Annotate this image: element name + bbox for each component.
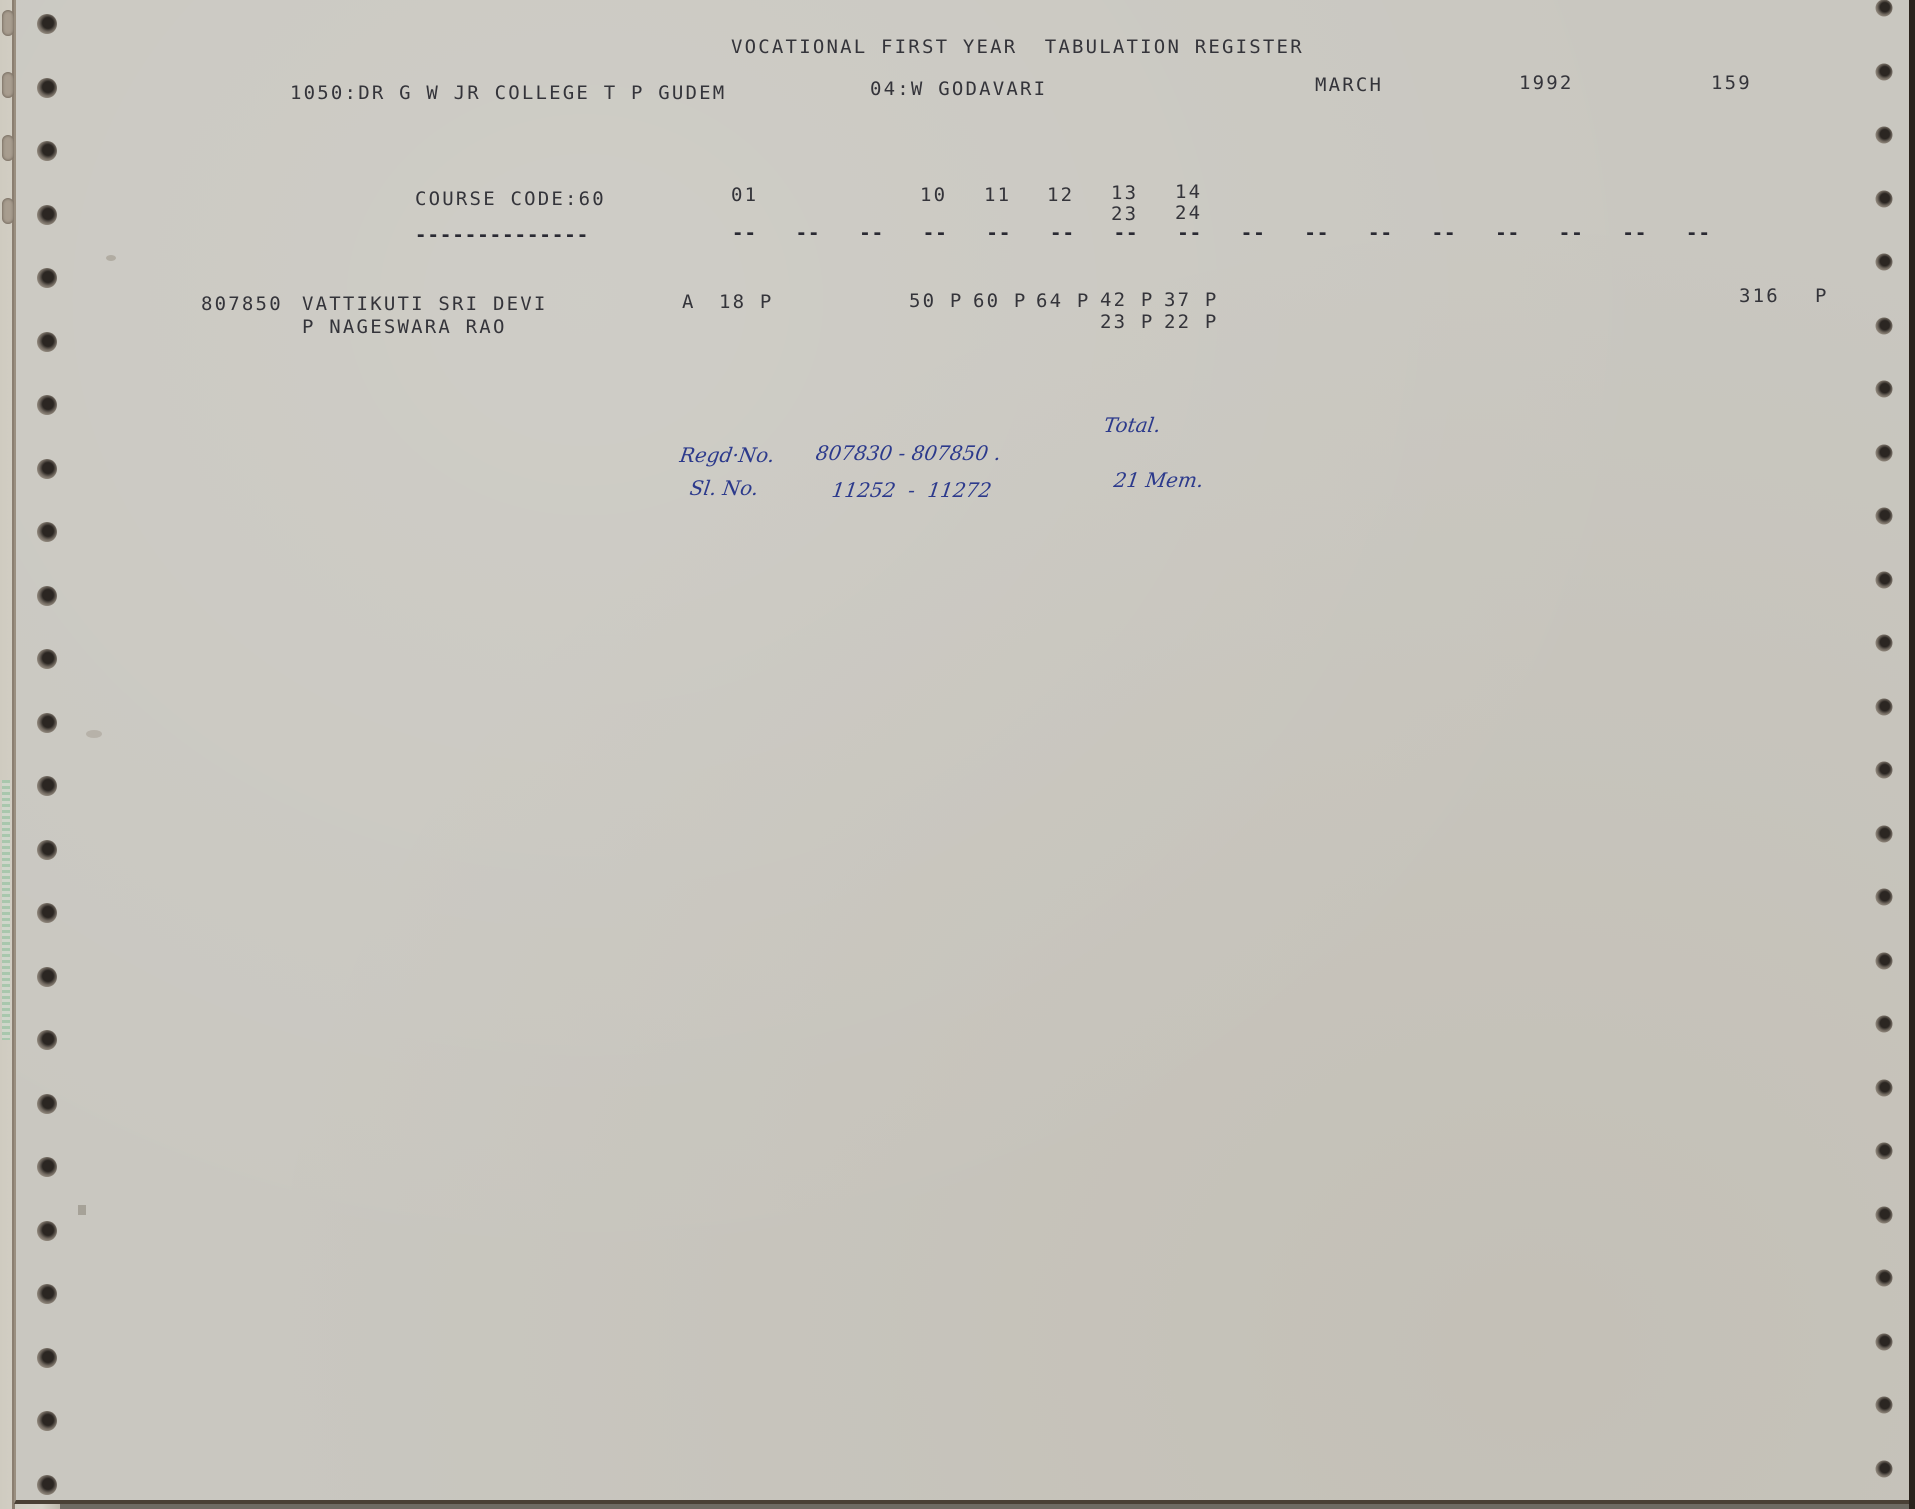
column-dash: -- <box>1686 224 1711 243</box>
column-dash: -- <box>1495 224 1520 243</box>
sprocket-hole <box>37 1411 57 1431</box>
sprocket-hole <box>1876 254 1893 271</box>
medium-code: A <box>682 293 696 312</box>
sprocket-hole <box>1876 952 1893 969</box>
column-dash: -- <box>1622 224 1647 243</box>
sprocket-hole <box>1876 1016 1893 1033</box>
sprocket-hole <box>37 522 57 542</box>
handwritten-regd-label: Regd·No. <box>679 445 776 465</box>
sprocket-hole <box>1876 698 1893 715</box>
sprocket-hole <box>1876 762 1893 779</box>
exam-year: 1992 <box>1519 74 1574 93</box>
sprocket-hole <box>37 205 57 225</box>
column-dash: -- <box>1114 224 1139 243</box>
course-code-label: COURSE CODE:60 <box>415 190 606 209</box>
handwritten-sl-range: 11252 - 11272 <box>831 480 993 500</box>
mark-24: 22 P <box>1164 313 1219 332</box>
column-dash: -- <box>1559 224 1584 243</box>
sprocket-hole <box>1876 1460 1893 1477</box>
course-code-underline: -------------- <box>415 226 589 245</box>
binder-slot <box>2 72 14 98</box>
sprocket-hole <box>37 332 57 352</box>
sprocket-hole <box>1876 1143 1893 1160</box>
sprocket-hole <box>37 268 57 288</box>
paper-speck <box>86 730 102 738</box>
column-dash: -- <box>732 224 757 243</box>
register-title: VOCATIONAL FIRST YEAR TABULATION REGISTE… <box>731 38 1304 57</box>
sprocket-hole <box>37 1475 57 1495</box>
mark-10: 50 P <box>909 292 964 311</box>
sprocket-hole <box>37 967 57 987</box>
handwritten-total-value: 21 Mem. <box>1113 470 1205 490</box>
column-header-10: 10 <box>920 186 947 205</box>
sprocket-hole <box>37 1221 57 1241</box>
column-dash: -- <box>923 224 948 243</box>
sprocket-hole <box>37 1157 57 1177</box>
mark-12: 64 P <box>1036 292 1091 311</box>
sprocket-hole <box>1876 571 1893 588</box>
sprocket-hole <box>1876 317 1893 334</box>
column-dash: -- <box>859 224 884 243</box>
sprocket-hole <box>1876 1206 1893 1223</box>
sprocket-hole <box>1876 63 1893 80</box>
sprocket-hole <box>37 1030 57 1050</box>
sprocket-hole <box>1876 825 1893 842</box>
sprocket-hole <box>1876 635 1893 652</box>
paper-speck <box>106 255 116 261</box>
sprocket-hole <box>1876 190 1893 207</box>
sprocket-hole <box>37 713 57 733</box>
sprocket-hole <box>1876 1397 1893 1414</box>
column-header-01: 01 <box>731 186 758 205</box>
column-dash: -- <box>796 224 821 243</box>
sprocket-hole <box>37 78 57 98</box>
handwritten-sl-label: Sl. No. <box>689 478 760 498</box>
college-name: 1050:DR G W JR COLLEGE T P GUDEM <box>290 84 726 103</box>
column-dash: -- <box>1241 224 1266 243</box>
final-result: P <box>1815 287 1829 306</box>
binder-slot <box>2 198 14 224</box>
regd-number: 807850 <box>201 295 283 314</box>
green-printed-margin <box>2 780 10 1040</box>
sprocket-hole <box>1876 127 1893 144</box>
sprocket-hole <box>37 1284 57 1304</box>
handwritten-regd-range: 807830 - 807850 . <box>815 443 1003 463</box>
sprocket-hole <box>37 649 57 669</box>
page-number: 159 <box>1711 74 1752 93</box>
sprocket-hole <box>37 776 57 796</box>
sprocket-hole <box>37 586 57 606</box>
sprocket-hole <box>37 141 57 161</box>
father-name: P NAGESWARA RAO <box>302 318 507 337</box>
sprocket-hole <box>1876 889 1893 906</box>
sprocket-hole <box>37 903 57 923</box>
column-header-13: 13 <box>1111 184 1138 203</box>
column-dash: -- <box>986 224 1011 243</box>
column-dash: -- <box>1304 224 1329 243</box>
column-dash: -- <box>1368 224 1393 243</box>
sprocket-hole <box>37 1094 57 1114</box>
sprocket-hole <box>1876 1333 1893 1350</box>
sprocket-hole <box>37 1348 57 1368</box>
paper-speck <box>78 1205 86 1215</box>
student-name: VATTIKUTI SRI DEVI <box>302 295 548 314</box>
exam-month: MARCH <box>1315 76 1383 95</box>
column-dash: -- <box>1177 224 1202 243</box>
sprocket-hole <box>1876 508 1893 525</box>
binder-slot <box>2 135 14 161</box>
column-header-11: 11 <box>984 186 1011 205</box>
handwritten-total-label: Total. <box>1103 415 1162 435</box>
column-header-12: 12 <box>1047 186 1074 205</box>
sprocket-hole <box>1876 0 1893 17</box>
binder-slot <box>2 10 14 36</box>
continuous-form-paper: VOCATIONAL FIRST YEAR TABULATION REGISTE… <box>14 0 1912 1504</box>
district-name: 04:W GODAVARI <box>870 80 1047 99</box>
mark-13: 42 P <box>1100 291 1155 310</box>
right-edge-shadow <box>1909 0 1915 1509</box>
mark-01: 18 P <box>719 293 774 312</box>
sprocket-hole <box>1876 381 1893 398</box>
sprocket-hole <box>1876 1079 1893 1096</box>
mark-11: 60 P <box>973 292 1028 311</box>
mark-23: 23 P <box>1100 313 1155 332</box>
sprocket-hole <box>37 395 57 415</box>
column-header-24: 24 <box>1175 204 1202 223</box>
sprocket-hole <box>1876 444 1893 461</box>
sprocket-hole <box>37 14 57 34</box>
sprocket-hole <box>37 459 57 479</box>
total-marks: 316 <box>1739 287 1780 306</box>
column-dash: -- <box>1050 224 1075 243</box>
column-header-14: 14 <box>1175 183 1202 202</box>
column-dash: -- <box>1432 224 1457 243</box>
sprocket-hole <box>1876 1270 1893 1287</box>
mark-14: 37 P <box>1164 291 1219 310</box>
sprocket-hole <box>37 840 57 860</box>
